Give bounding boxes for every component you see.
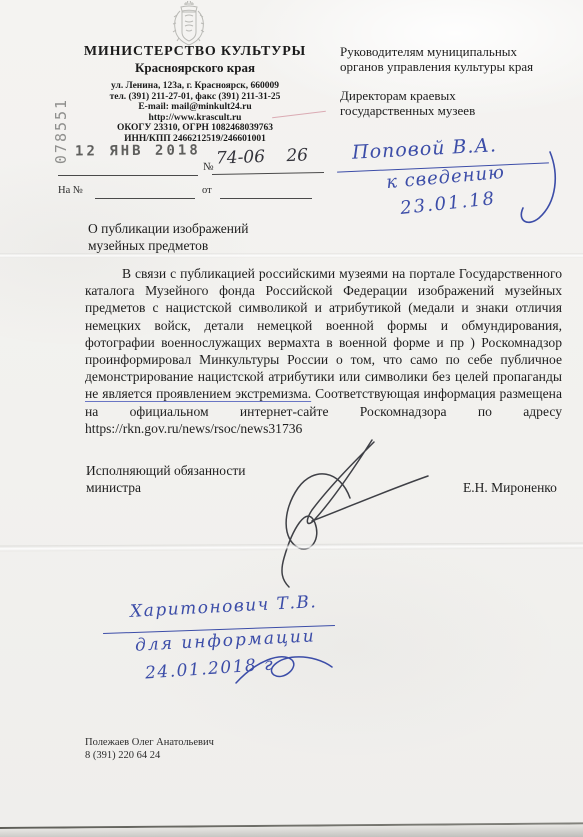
executor-phone: 8 (391) 220 64 24 bbox=[85, 749, 214, 762]
scanned-letter: МИНИСТЕРСТВО КУЛЬТУРЫ Красноярского края… bbox=[0, 0, 583, 837]
minister-signature bbox=[262, 426, 434, 588]
body-paragraph: В связи с публикацией российскими музеям… bbox=[85, 265, 562, 437]
incoming-number-blank bbox=[95, 198, 195, 199]
date-stamp: 12 ЯНВ 2018 bbox=[75, 142, 201, 159]
recipient-line: органов управления культуры края bbox=[340, 59, 572, 74]
forward-name-handwritten: Харитонович Т.В. bbox=[130, 592, 318, 622]
body-text: В связи с публикацией российскими музеям… bbox=[85, 266, 562, 384]
recipient-line: государственных музеев bbox=[340, 103, 572, 118]
forward-signature-flourish bbox=[232, 645, 336, 693]
recipient-line: Руководителям муниципальных bbox=[340, 44, 572, 59]
body-text-underlined: не является проявлением экстремизма. bbox=[85, 386, 311, 401]
executor-name: Полежаев Олег Анатольевич bbox=[85, 736, 214, 749]
from-label: от bbox=[202, 185, 212, 196]
letterhead-phone-fax: тел. (391) 211-27-01, факс (391) 211-31-… bbox=[55, 92, 335, 103]
resolution-addressee-handwritten: Поповой В.А. bbox=[352, 134, 498, 164]
from-date-blank bbox=[220, 198, 312, 199]
recipient-line: Директорам краевых bbox=[340, 88, 572, 103]
letterhead-okogu-ogrn: ОКОГУ 23310, ОГРН 1082468039763 bbox=[55, 123, 335, 134]
incoming-number-label: На № bbox=[58, 185, 83, 196]
subject-block: О публикации изображений музейных предме… bbox=[88, 220, 338, 254]
ministry-name: МИНИСТЕРСТВО КУЛЬТУРЫ bbox=[55, 44, 335, 60]
registration-number-handwritten: 74-06 26 bbox=[216, 145, 309, 168]
subject-line: О публикации изображений bbox=[88, 220, 338, 237]
number-sign: № bbox=[203, 161, 214, 173]
resolution-date-handwritten: 23.01.18 bbox=[399, 188, 497, 219]
region-name: Красноярского края bbox=[55, 60, 335, 75]
letterhead-email: E-mail: mail@minkult24.ru bbox=[55, 102, 335, 113]
resolution-signature-flourish bbox=[512, 148, 564, 232]
letterhead-address: ул. Ленина, 123а, г. Красноярск, 660009 bbox=[55, 81, 335, 92]
coat-of-arms-icon bbox=[168, 1, 210, 47]
subject-line: музейных предметов bbox=[88, 237, 338, 254]
recipients-block: Руководителям муниципальных органов упра… bbox=[340, 44, 572, 118]
paper-sheet: МИНИСТЕРСТВО КУЛЬТУРЫ Красноярского края… bbox=[0, 0, 583, 830]
executor-contact: Полежаев Олег Анатольевич 8 (391) 220 64… bbox=[85, 736, 214, 762]
letterhead: МИНИСТЕРСТВО КУЛЬТУРЫ Красноярского края… bbox=[55, 44, 335, 145]
signer-name: Е.Н. Мироненко bbox=[463, 480, 557, 496]
date-blank-line bbox=[58, 175, 198, 176]
registration-number-line bbox=[212, 172, 324, 175]
serial-number-stamp: 078551 bbox=[52, 75, 70, 187]
